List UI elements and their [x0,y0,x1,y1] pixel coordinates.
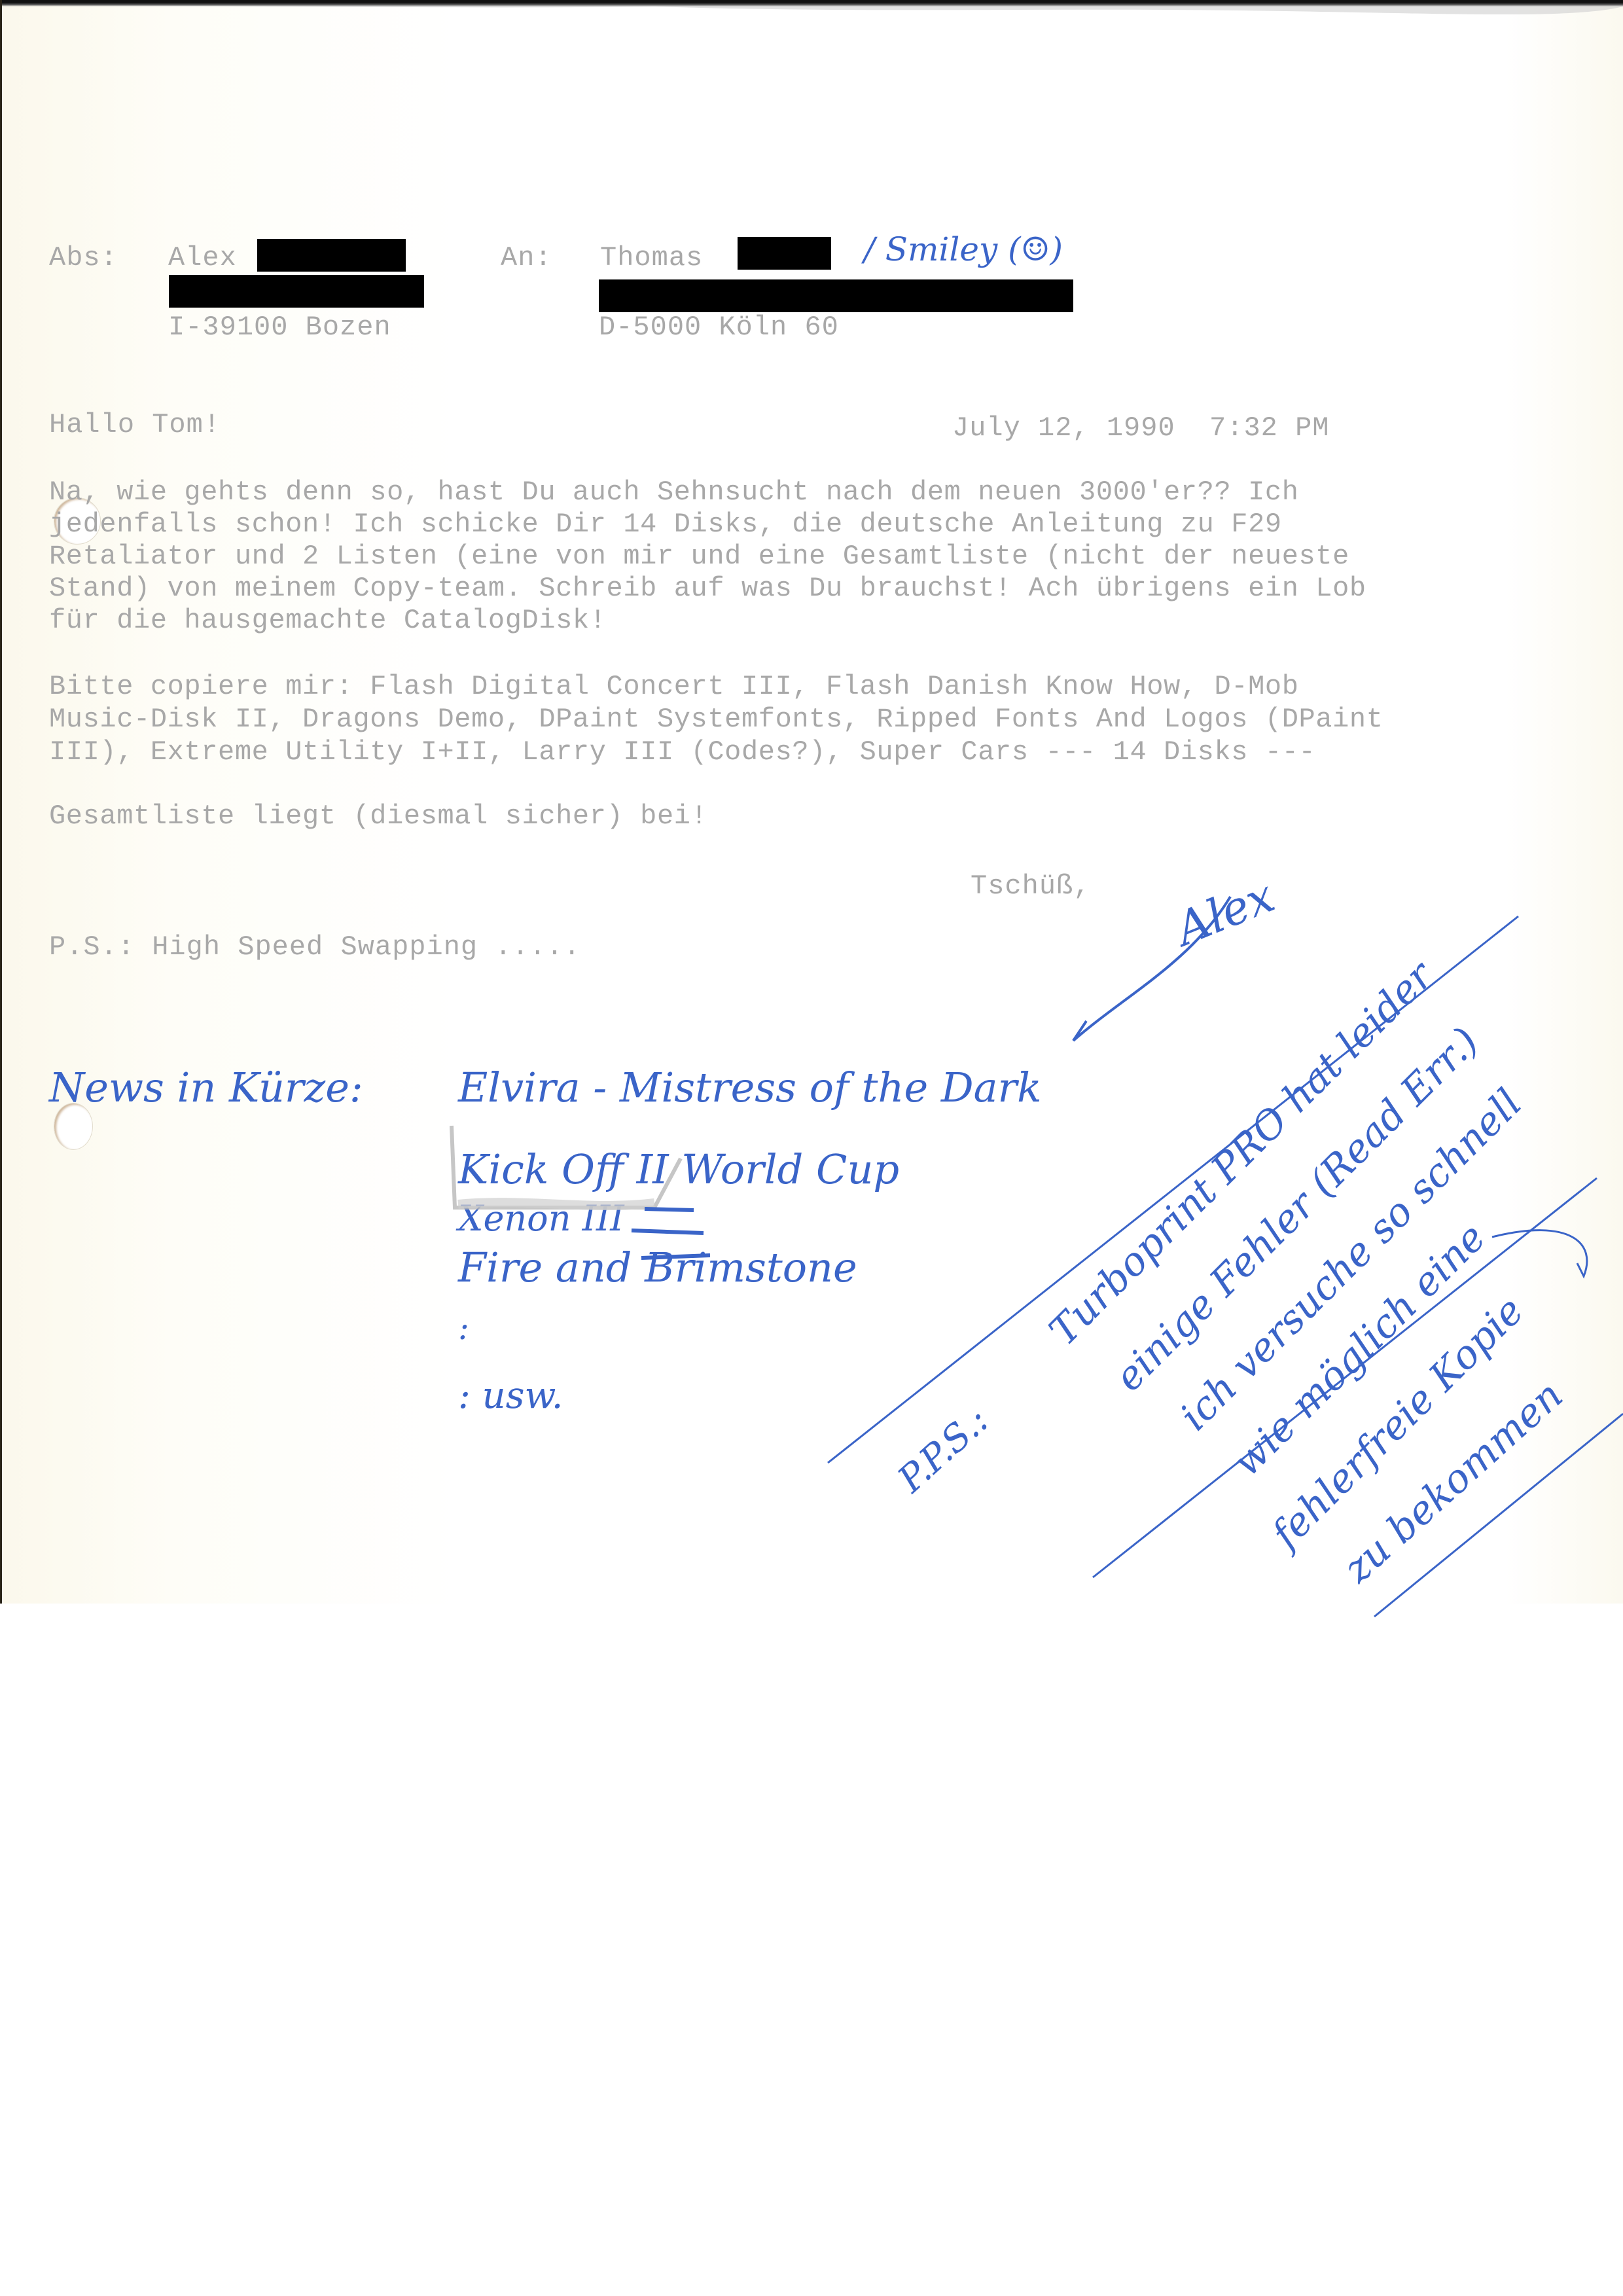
pps-frame-lines [0,0,1623,1604]
